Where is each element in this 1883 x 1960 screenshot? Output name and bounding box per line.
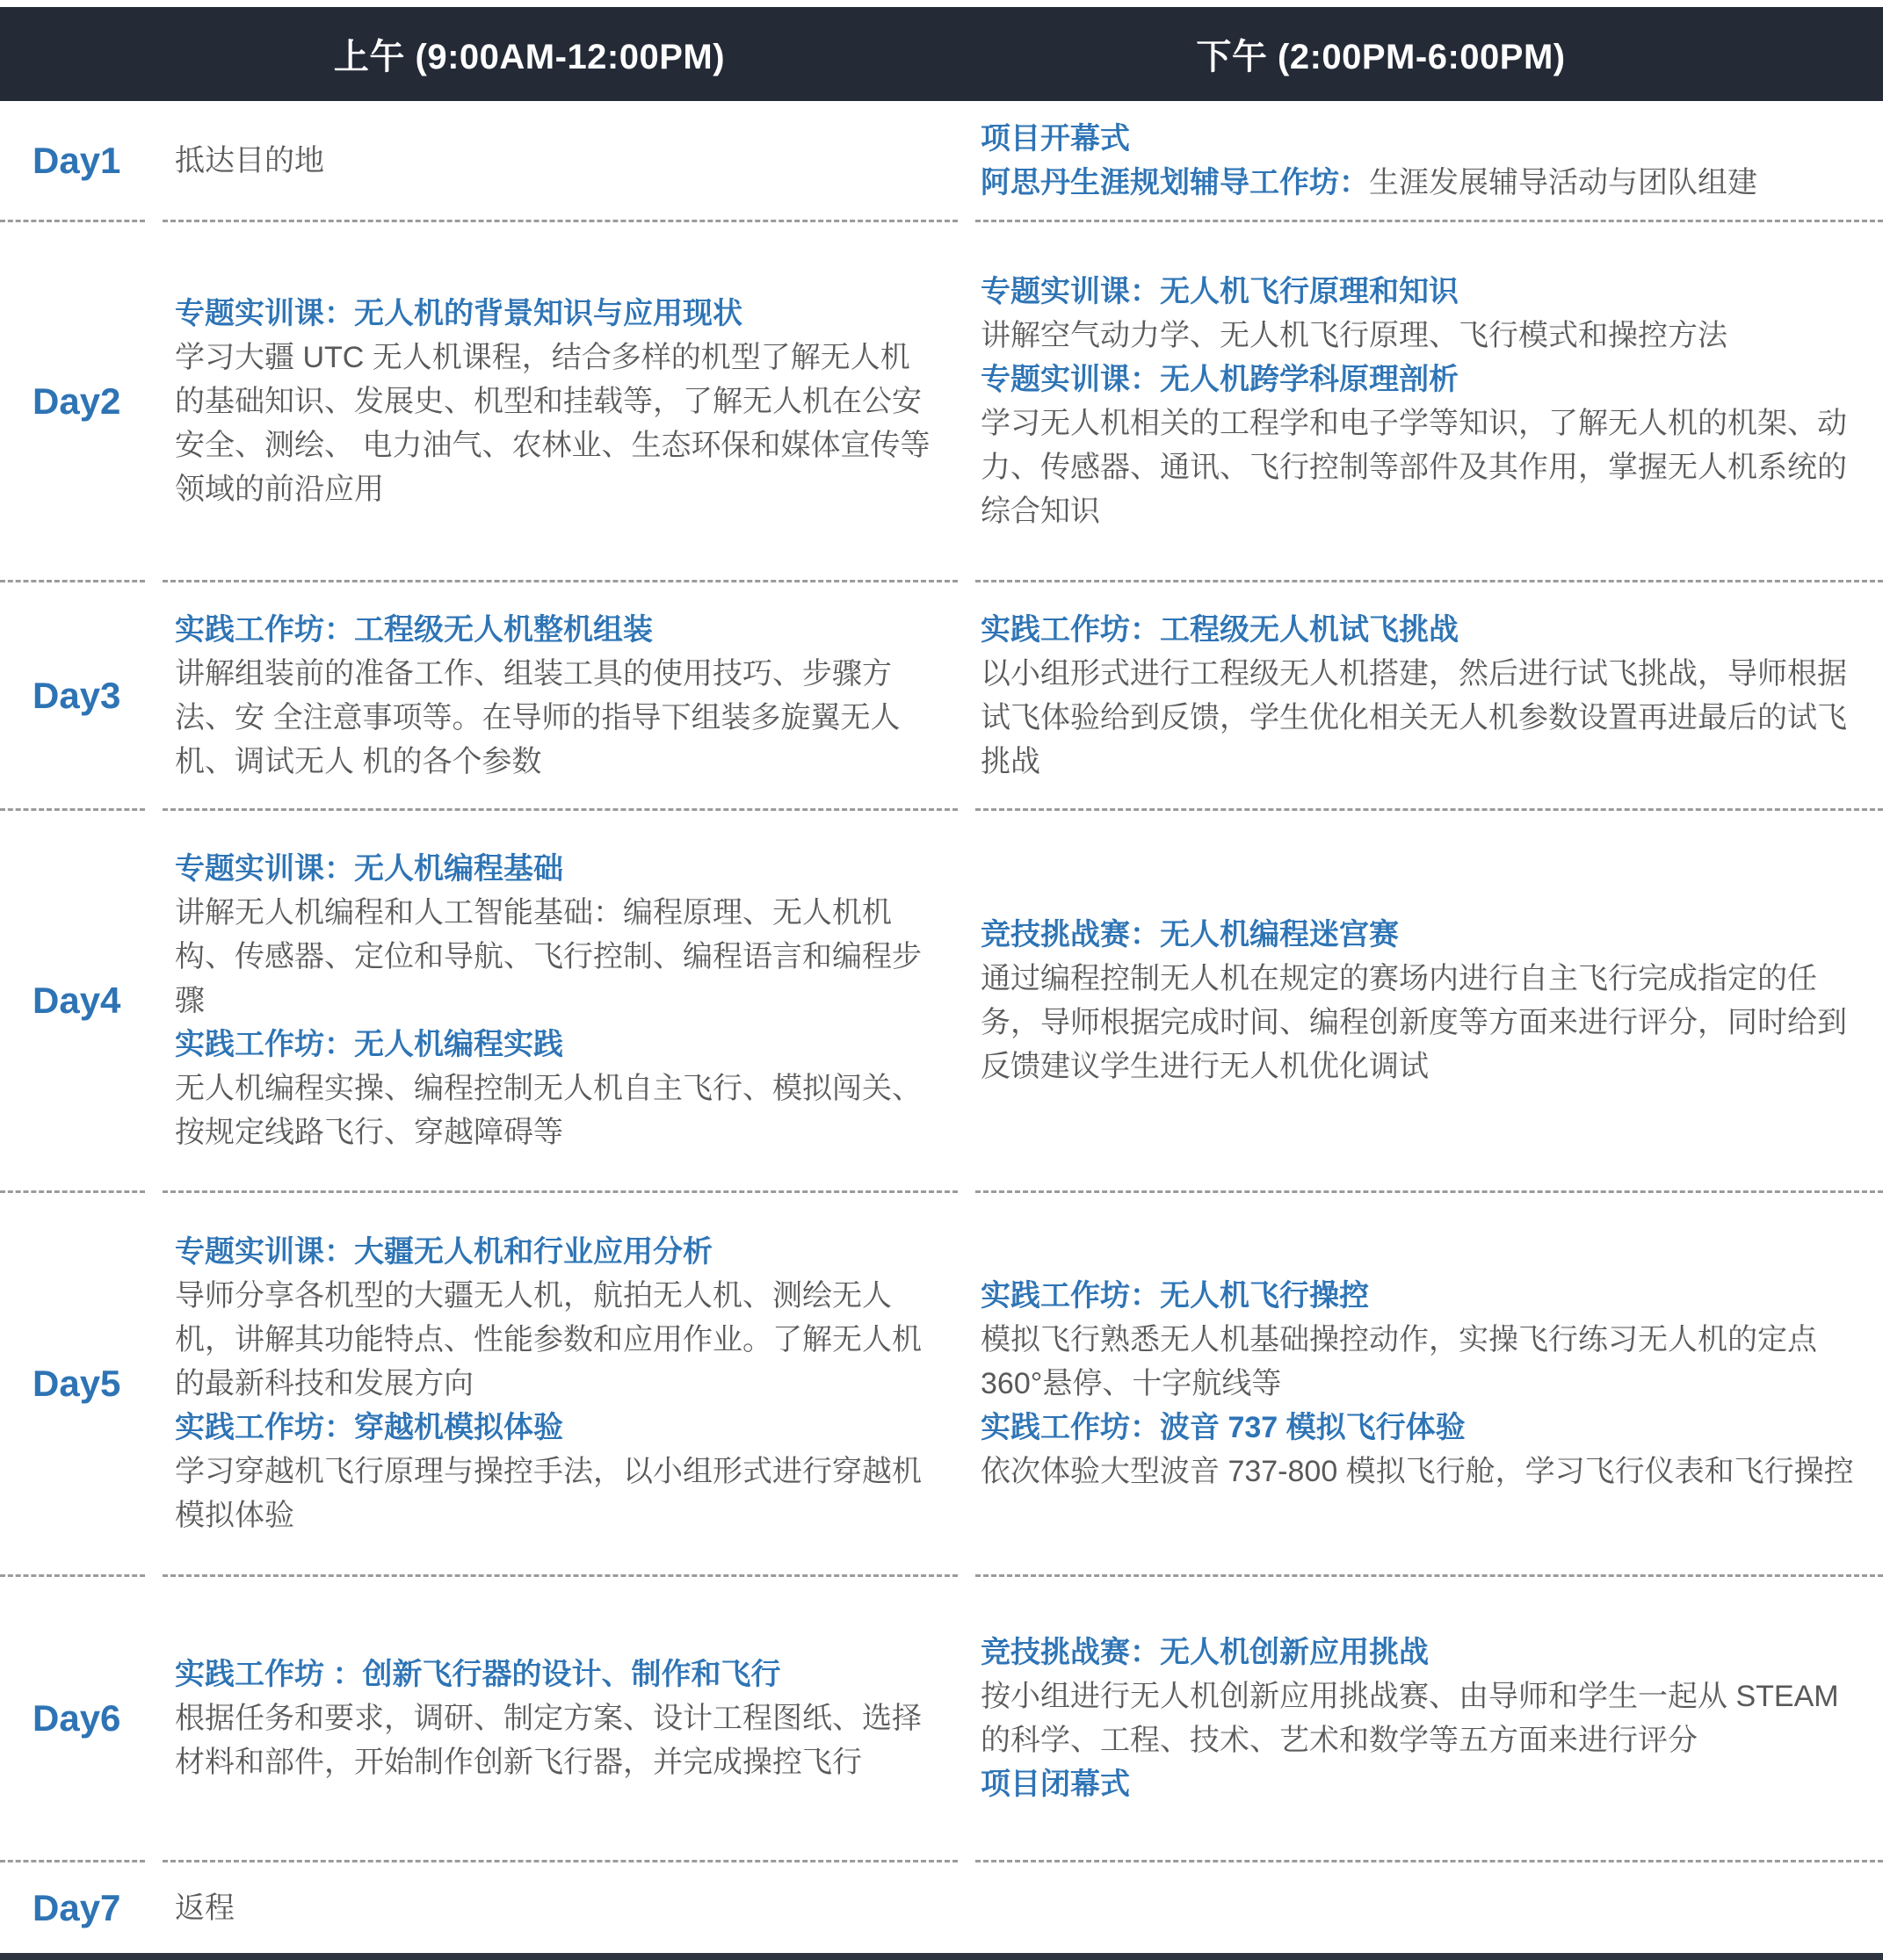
course-text: 讲解空气动力学、无人机飞行原理、飞行模式和操控方法 [981,314,1858,358]
header-afternoon: 下午 (2:00PM-6:00PM) [975,29,1883,79]
morning-cell: 专题实训课：无人机的背景知识与应用现状 学习大疆 UTC 无人机课程，结合多样的… [163,222,958,582]
afternoon-cell: 专题实训课：无人机飞行原理和知识 讲解空气动力学、无人机飞行原理、飞行模式和操控… [975,222,1883,582]
morning-cell: 专题实训课：无人机编程基础 讲解无人机编程和人工智能基础：编程原理、无人机机构、… [163,811,958,1193]
course-heading: 专题实训课：无人机跨学科原理剖析 [981,358,1858,401]
morning-cell: 实践工作坊：工程级无人机整机组装 讲解组装前的准备工作、组装工具的使用技巧、步骤… [163,582,958,811]
course-heading: 实践工作坊 ：创新飞行器的设计、制作和飞行 [175,1653,935,1696]
course-text: 返程 [175,1886,935,1930]
afternoon-cell: 竞技挑战赛：无人机创新应用挑战 按小组进行无人机创新应用挑战赛、由导师和学生一起… [975,1577,1883,1862]
course-heading: 实践工作坊：波音 737 模拟飞行体验 [981,1406,1858,1450]
afternoon-cell [975,1862,1883,1953]
course-text: 模拟飞行熟悉无人机基础操控动作，实操飞行练习无人机的定点 360°悬停、十字航线… [981,1318,1858,1406]
morning-cell: 实践工作坊 ：创新飞行器的设计、制作和飞行 根据任务和要求，调研、制定方案、设计… [163,1577,958,1862]
course-text: 学习大疆 UTC 无人机课程，结合多样的机型了解无人机的基础知识、发展史、机型和… [175,336,935,511]
course-heading: 实践工作坊：穿越机模拟体验 [175,1406,935,1450]
table-header: 上午 (9:00AM-12:00PM) 下午 (2:00PM-6:00PM) [0,7,1883,101]
course-text: 按小组进行无人机创新应用挑战赛、由导师和学生一起从 STEAM 的科学、工程、技… [981,1674,1858,1762]
course-text-inline: 生涯发展辅导活动与团队组建 [1369,166,1757,199]
morning-cell: 返程 [163,1862,958,1953]
afternoon-cell: 实践工作坊：无人机飞行操控 模拟飞行熟悉无人机基础操控动作，实操飞行练习无人机的… [975,1193,1883,1577]
day-label: Day2 [33,383,145,420]
day-label: Day5 [33,1365,145,1402]
course-text: 以小组形式进行工程级无人机搭建，然后进行试飞挑战，导师根据试飞体验给到反馈，学生… [981,652,1858,784]
table-row-day1: Day1 抵达目的地 项目开幕式 阿思丹生涯规划辅导工作坊：生涯发展辅导活动与团… [0,101,1883,222]
course-text: 学习穿越机飞行原理与操控手法，以小组形式进行穿越机模拟体验 [175,1450,935,1537]
table-row-day7: Day7 返程 [0,1862,1883,1953]
course-heading: 专题实训课：无人机编程基础 [175,847,935,891]
day-label: Day3 [33,677,145,714]
course-heading: 实践工作坊：无人机编程实践 [175,1023,935,1067]
course-heading: 专题实训课：大疆无人机和行业应用分析 [175,1230,935,1274]
course-heading: 专题实训课：无人机的背景知识与应用现状 [175,292,935,336]
day-label: Day4 [33,982,145,1019]
bottom-bar [0,1953,1883,1960]
morning-cell: 专题实训课：大疆无人机和行业应用分析 导师分享各机型的大疆无人机，航拍无人机、测… [163,1193,958,1577]
course-heading: 实践工作坊：工程级无人机试飞挑战 [981,608,1858,652]
day-label: Day6 [33,1700,145,1737]
course-text: 导师分享各机型的大疆无人机，航拍无人机、测绘无人机，讲解其功能特点、性能参数和应… [175,1274,935,1406]
course-text: 依次体验大型波音 737-800 模拟飞行舱，学习飞行仪表和飞行操控 [981,1450,1858,1494]
afternoon-cell: 竞技挑战赛：无人机编程迷宫赛 通过编程控制无人机在规定的赛场内进行自主飞行完成指… [975,811,1883,1193]
course-heading: 项目开幕式 [981,117,1858,161]
course-heading: 竞技挑战赛：无人机创新应用挑战 [981,1631,1858,1674]
day-label: Day1 [33,142,145,179]
course-text: 阿思丹生涯规划辅导工作坊：生涯发展辅导活动与团队组建 [981,161,1858,205]
header-morning: 上午 (9:00AM-12:00PM) [163,29,958,79]
course-heading: 专题实训课：无人机飞行原理和知识 [981,270,1858,314]
table-row-day5: Day5 专题实训课：大疆无人机和行业应用分析 导师分享各机型的大疆无人机，航拍… [0,1193,1883,1577]
course-text: 无人机编程实操、编程控制无人机自主飞行、模拟闯关、按规定线路飞行、穿越障碍等 [175,1067,935,1154]
course-text: 通过编程控制无人机在规定的赛场内进行自主飞行完成指定的任务，导师根据完成时间、编… [981,957,1858,1088]
course-text: 讲解无人机编程和人工智能基础：编程原理、无人机机构、传感器、定位和导航、飞行控制… [175,891,935,1023]
afternoon-cell: 项目开幕式 阿思丹生涯规划辅导工作坊：生涯发展辅导活动与团队组建 [975,101,1883,222]
course-text: 讲解组装前的准备工作、组装工具的使用技巧、步骤方法、安 全注意事项等。在导师的指… [175,652,935,784]
table-row-day2: Day2 专题实训课：无人机的背景知识与应用现状 学习大疆 UTC 无人机课程，… [0,222,1883,582]
course-heading: 实践工作坊：工程级无人机整机组装 [175,608,935,652]
course-heading: 实践工作坊：无人机飞行操控 [981,1274,1858,1318]
table-row-day3: Day3 实践工作坊：工程级无人机整机组装 讲解组装前的准备工作、组装工具的使用… [0,582,1883,811]
day-label: Day7 [33,1890,145,1927]
table-row-day4: Day4 专题实训课：无人机编程基础 讲解无人机编程和人工智能基础：编程原理、无… [0,811,1883,1193]
course-text: 学习无人机相关的工程学和电子学等知识，了解无人机的机架、动 力、传感器、通讯、飞… [981,401,1858,533]
course-heading-inline: 阿思丹生涯规划辅导工作坊： [981,166,1369,199]
course-heading: 项目闭幕式 [981,1762,1858,1806]
course-text: 抵达目的地 [175,139,935,183]
course-text: 根据任务和要求，调研、制定方案、设计工程图纸、选择材料和部件，开始制作创新飞行器… [175,1696,935,1784]
table-row-day6: Day6 实践工作坊 ：创新飞行器的设计、制作和飞行 根据任务和要求，调研、制定… [0,1577,1883,1862]
morning-cell: 抵达目的地 [163,101,958,222]
afternoon-cell: 实践工作坊：工程级无人机试飞挑战 以小组形式进行工程级无人机搭建，然后进行试飞挑… [975,582,1883,811]
course-heading: 竞技挑战赛：无人机编程迷宫赛 [981,913,1858,957]
schedule-table: 上午 (9:00AM-12:00PM) 下午 (2:00PM-6:00PM) D… [0,0,1883,1960]
